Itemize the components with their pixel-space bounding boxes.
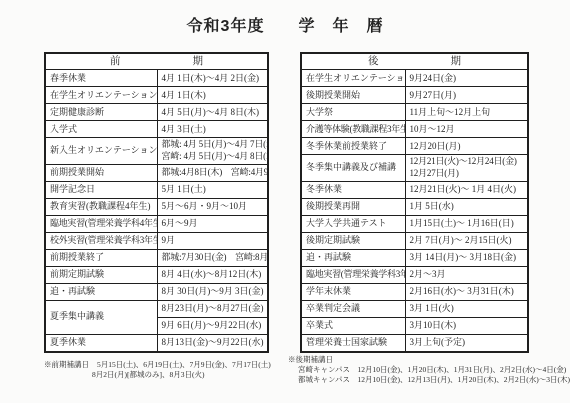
event-label-cell: 冬季集中講義及び補講 [301,155,405,181]
event-row: 大学祭 11月上旬～12月上旬 [301,104,528,121]
second-semester-header-row: 後 期 [301,53,528,70]
event-date-cell: 4月 5日(月)～4月 8日(木) [157,104,268,121]
event-date-cell: 2月～3月 [405,266,528,283]
event-label-cell: 冬季休業 [301,181,405,198]
event-row: 卒業判定会議 3月 1日(火) [301,300,528,317]
first-semester-header: 前 期 [45,53,268,70]
event-date-cell: 都城: 4月 5日(月)～4月 7日(水) 宮崎: 4月 5日(月)～4月 8日… [157,138,268,164]
event-row: 冬季集中講義及び補講 12月21日(火)～12月24日(金) 12月27日(月) [301,155,528,181]
event-row: 夏季休業 8月13日(金)～9月22日(水) [45,334,268,352]
event-date-cell: 9月 [157,232,268,249]
event-row: 冬季休業前授業終了 12月20日(月) [301,138,528,155]
event-row: 入学式 4月 3日(土) [45,121,268,138]
event-date-cell: 8月13日(金)～9月22日(水) [157,334,268,352]
footnote-line: 都城キャンパス 12月10日(金)、12月13日(月)、1月20日(木)、2月2… [298,375,570,385]
event-date-cell: 8月 4日(水)～8月12日(木) [157,266,268,283]
event-row: 新入生オリエンテーション 都城: 4月 5日(月)～4月 7日(水) 宮崎: 4… [45,138,268,164]
event-row: 開学記念日 5月 1日(土) [45,181,268,198]
event-date-cell: 12月21日(火)～12月24日(金) 12月27日(月) [405,155,528,181]
event-label-cell: 前期授業終了 [45,249,157,266]
event-label-cell: 在学生オリエンテーション [301,70,405,87]
event-row: 教育実習(教職課程4年生) 5月～6月・9月～10月 [45,198,268,215]
event-date-cell: 4月 1日(木) [157,87,268,104]
event-label-cell: 後期授業再開 [301,198,405,215]
event-row: 大学入学共通テスト 1月15日(土)～ 1月16日(日) [301,215,528,232]
event-date-cell: 都城:4月8日(木) 宮崎:4月9日(金) [157,164,268,181]
event-label-cell: 大学入学共通テスト [301,215,405,232]
event-date-line-2: 12月27日(月) [410,168,524,180]
header-char-left: 前 [110,55,121,68]
event-label-cell: 在学生オリエンテーション [45,87,157,104]
event-row: 前期授業開始 都城:4月8日(木) 宮崎:4月9日(金) [45,164,268,181]
event-date-cell: 都城:7月30日(金) 宮崎:8月2日(月) [157,249,268,266]
event-date-cell: 3月10日(木) [405,317,528,334]
event-date-cell: 3月上旬(予定) [405,334,528,352]
event-label-cell: 管理栄養士国家試験 [301,334,405,352]
second-semester-footnote: ※後期補講日 宮崎キャンパス 12月10日(金)、1月20日(木)、1月31日(… [288,355,570,385]
event-label-cell: 大学祭 [301,104,405,121]
event-label-cell: 追・再試験 [301,249,405,266]
event-row: 臨地実習(管理栄養学科3年生) 2月～3月 [301,266,528,283]
event-label-cell: 前期授業開始 [45,164,157,181]
event-label-cell: 定期健康診断 [45,104,157,121]
event-label-cell: 冬季休業前授業終了 [301,138,405,155]
event-label-cell: 追・再試験 [45,283,157,300]
footnote-line: ※前期補講日5月15日(土)、6月19日(土)、7月9日(金)、7月17日(土) [44,360,271,370]
event-row: 後期授業開始 9月27日(月) [301,87,528,104]
first-semester-table: 前 期 春季休業 4月 1日(木)～4月 2日(金) 在学生オリエンテーション … [44,52,269,353]
event-row: 定期健康診断 4月 5日(月)～4月 8日(木) [45,104,268,121]
event-label-cell: 後期定期試験 [301,232,405,249]
event-row: 管理栄養士国家試験 3月上旬(予定) [301,334,528,352]
event-date-cell: 9月 6日(月)～9月22日(水) [157,317,268,334]
event-date-cell: 5月 1日(土) [157,181,268,198]
event-row: 冬季休業 12月21日(火)～ 1月 4日(火) [301,181,528,198]
event-label-cell: 校外実習(管理栄養学科3年生) [45,232,157,249]
footnote-line: 宮崎キャンパス 12月10日(金)、1月20日(木)、1月31日(月)、2月2日… [298,365,570,375]
event-row: 前期授業終了 都城:7月30日(金) 宮崎:8月2日(月) [45,249,268,266]
event-row: 卒業式 3月10日(木) [301,317,528,334]
event-label-cell: 卒業式 [301,317,405,334]
event-row: 在学生オリエンテーション 4月 1日(木) [45,87,268,104]
event-row: 在学生オリエンテーション 9月24日(金) [301,70,528,87]
event-row: 臨地実習(管理栄養学科4年生) 6月～9月 [45,215,268,232]
event-date-line-1: 都城: 4月 5日(月)～4月 7日(水) [162,139,264,151]
semester-header-text: 前 期 [46,55,267,68]
event-date-cell: 9月27日(月) [405,87,528,104]
event-row: 後期授業再開 1月 5日(水) [301,198,528,215]
footnote-label: ※前期補講日 [44,360,89,369]
event-date-cell: 3月 14日(月)～ 3月18日(金) [405,249,528,266]
event-date-cell: 2月16日(水)～ 3月31日(木) [405,283,528,300]
event-row: 春季休業 4月 1日(木)～4月 2日(金) [45,70,268,87]
event-date-cell: 8月23日(月)～8月27日(金) [157,300,268,317]
event-label-cell: 学年末休業 [301,283,405,300]
event-date-cell: 1月15日(土)～ 1月16日(日) [405,215,528,232]
event-label-cell: 春季休業 [45,70,157,87]
event-label-cell: 臨地実習(管理栄養学科4年生) [45,215,157,232]
first-semester-header-row: 前 期 [45,53,268,70]
event-row: 学年末休業 2月16日(水)～ 3月31日(木) [301,283,528,300]
event-date-cell: 11月上旬～12月上旬 [405,104,528,121]
footnote-line: 8月2日(月)[都城のみ]、8月3日(火) [92,370,271,380]
event-label-cell: 開学記念日 [45,181,157,198]
event-row: 追・再試験 3月 14日(月)～ 3月18日(金) [301,249,528,266]
page-title: 令和3年度 学 年 暦 [0,13,570,36]
event-date-cell: 3月 1日(火) [405,300,528,317]
event-label-cell: 教育実習(教職課程4年生) [45,198,157,215]
event-row: 追・再試験 8月 30日(月)～9月 3日(金) [45,283,268,300]
event-row: 前期定期試験 8月 4日(水)～8月12日(木) [45,266,268,283]
event-label-cell: 夏季集中講義 [45,300,157,334]
header-char-left: 後 [368,55,379,68]
footnote-label: ※後期補講日 [288,355,570,365]
event-date-cell: 5月～6月・9月～10月 [157,198,268,215]
event-date-cell: 6月～9月 [157,215,268,232]
event-row: 介護等体験(教職課程3年生) 10月～12月 [301,121,528,138]
event-date-cell: 4月 1日(木)～4月 2日(金) [157,70,268,87]
event-date-cell: 1月 5日(水) [405,198,528,215]
event-row: 夏季集中講義 8月23日(月)～8月27日(金) [45,300,268,317]
header-char-right: 期 [451,55,462,68]
event-date-cell: 2月 7日(月)～ 2月15日(火) [405,232,528,249]
event-label-cell: 入学式 [45,121,157,138]
event-date-cell: 4月 3日(土) [157,121,268,138]
event-label-cell: 卒業判定会議 [301,300,405,317]
second-semester-table: 後 期 在学生オリエンテーション 9月24日(金) 後期授業開始 9月27日(月… [300,52,529,353]
event-label-cell: 臨地実習(管理栄養学科3年生) [301,266,405,283]
event-date-cell: 10月～12月 [405,121,528,138]
event-date-cell: 9月24日(金) [405,70,528,87]
event-row: 後期定期試験 2月 7日(月)～ 2月15日(火) [301,232,528,249]
event-label-cell: 夏季休業 [45,334,157,352]
event-date-line-2: 宮崎: 4月 5日(月)～4月 8日(木) [162,151,264,163]
event-row: 校外実習(管理栄養学科3年生) 9月 [45,232,268,249]
event-label-cell: 後期授業開始 [301,87,405,104]
second-semester-header: 後 期 [301,53,528,70]
event-date-cell: 8月 30日(月)～9月 3日(金) [157,283,268,300]
footnote-dates: 5月15日(土)、6月19日(土)、7月9日(金)、7月17日(土) [97,360,271,369]
event-label-cell: 介護等体験(教職課程3年生) [301,121,405,138]
event-label-cell: 前期定期試験 [45,266,157,283]
event-date-cell: 12月20日(月) [405,138,528,155]
event-date-line-1: 12月21日(火)～12月24日(金) [410,156,524,168]
event-date-cell: 12月21日(火)～ 1月 4日(火) [405,181,528,198]
first-semester-footnote: ※前期補講日5月15日(土)、6月19日(土)、7月9日(金)、7月17日(土)… [44,360,271,380]
semester-header-text: 後 期 [302,55,527,68]
event-label-cell: 新入生オリエンテーション [45,138,157,164]
header-char-right: 期 [193,55,204,68]
